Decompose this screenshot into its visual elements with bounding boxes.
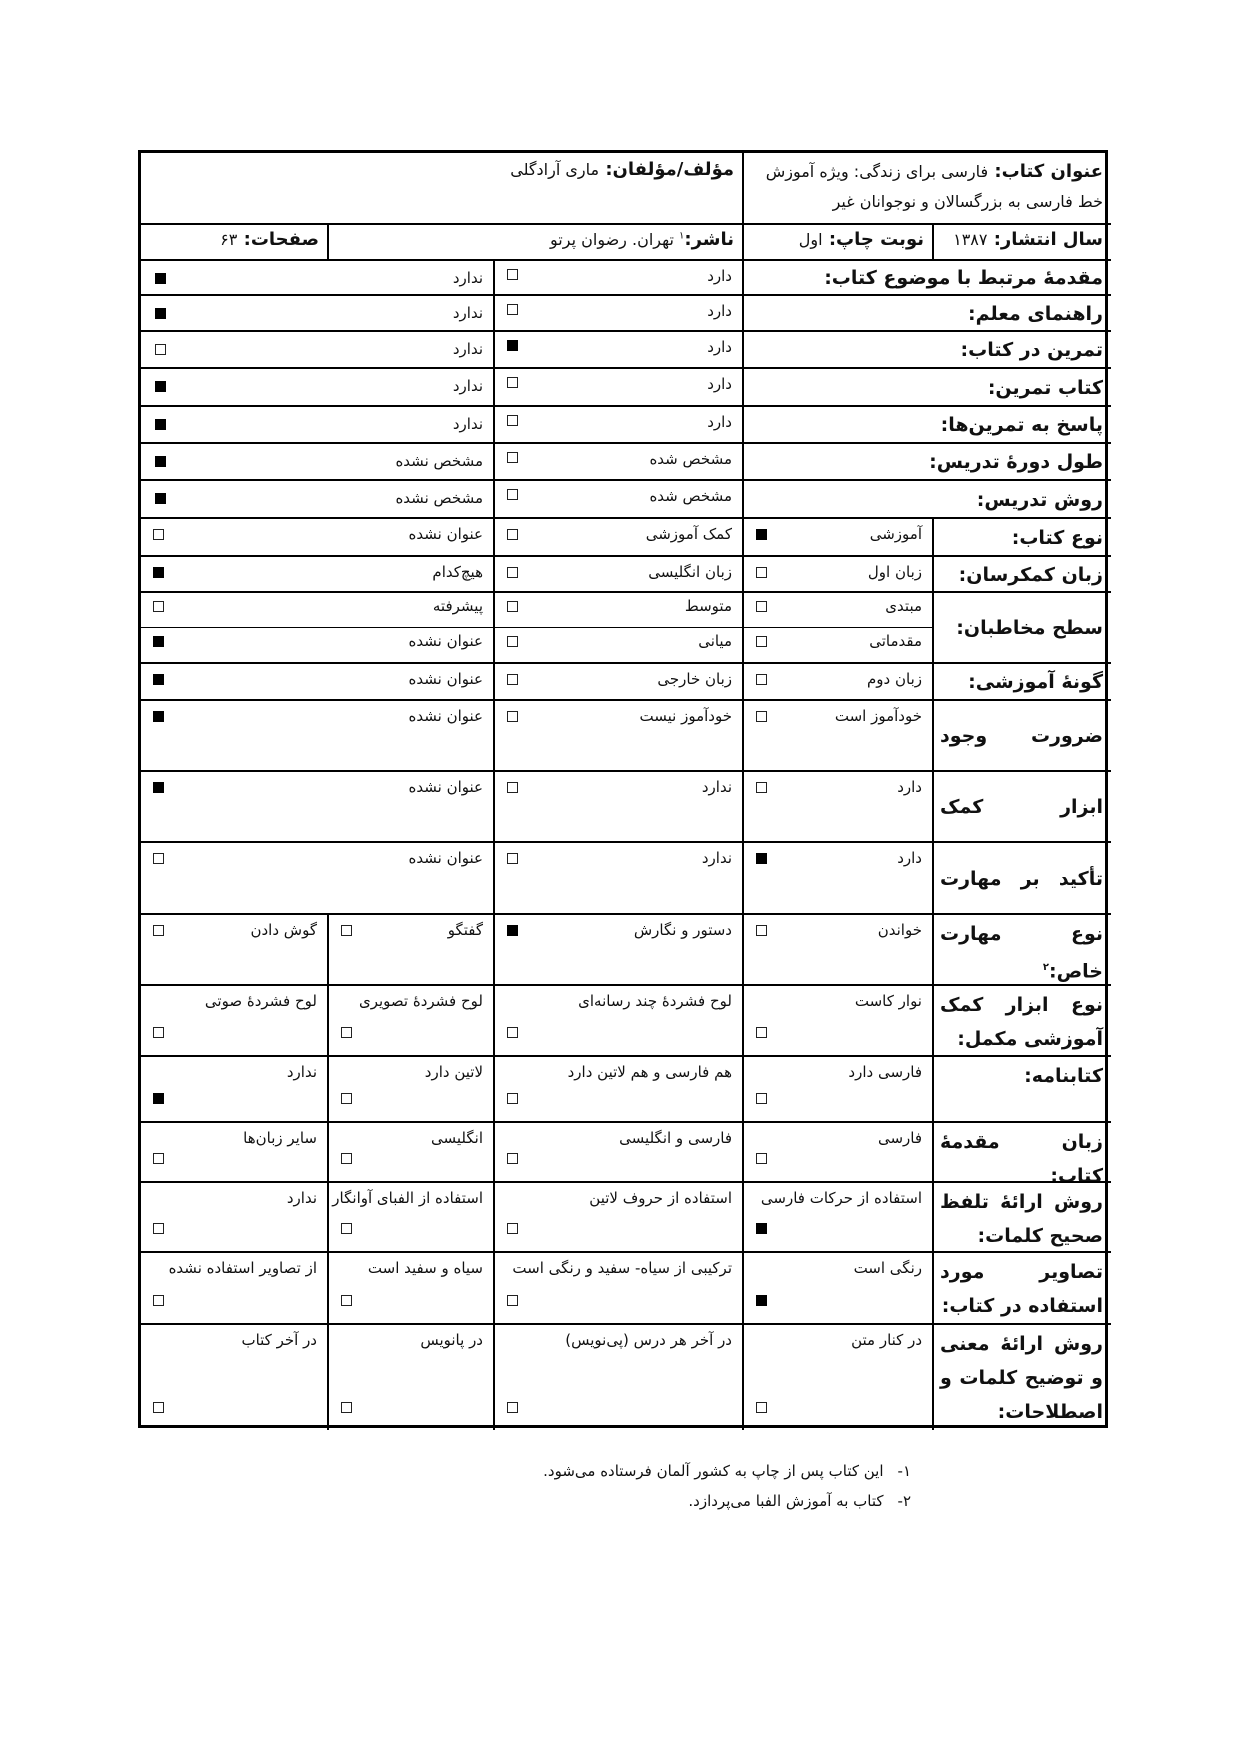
- option-label: میانی: [698, 632, 732, 650]
- footnote-text: کتاب به آموزش الفبا می‌پردازد.: [688, 1492, 883, 1510]
- checkbox-0-a[interactable]: [507, 269, 518, 280]
- checkbox-1-a[interactable]: [507, 304, 518, 315]
- author-cell: مؤلف/مؤلفان: ماری آرادگلی: [141, 153, 742, 223]
- option-cell: ندارد: [141, 405, 493, 442]
- option-cell: نوار کاست: [742, 984, 932, 1055]
- checkbox-3-b[interactable]: [155, 381, 166, 392]
- row-label-cell: نوع مهارت خاص:۲: [932, 913, 1111, 984]
- checkbox-11-1[interactable]: [507, 711, 518, 722]
- publisher-cell: ناشر:۱ تهران. رضوان پرتو: [327, 223, 742, 259]
- pages-label: صفحات:: [237, 229, 319, 250]
- option-cell: در آخر کتاب: [141, 1323, 327, 1430]
- row-label-cell: طول دورهٔ تدریس:: [742, 442, 1111, 479]
- option-cell: از تصاویر استفاده نشده: [141, 1251, 327, 1323]
- option-label: در پانویس: [420, 1331, 483, 1349]
- option-label: خواندن: [878, 921, 922, 939]
- row-label: روش ارائهٔ تلفظ صحیح کلمات:: [934, 1183, 1111, 1251]
- row-label-cell: مقدمهٔ مرتبط با موضوع کتاب:: [742, 259, 1111, 294]
- row-label: طول دورهٔ تدریس:: [744, 444, 1111, 479]
- publication-year: سال انتشار: ۱۳۸۷: [934, 225, 1111, 250]
- row-label: تمرین در کتاب:: [744, 332, 1111, 367]
- option-label: ندارد: [453, 340, 483, 358]
- row-label: روش ارائهٔ معنی و توضیح کلمات و اصطلاحات…: [934, 1325, 1111, 1429]
- option-label: ندارد: [287, 1063, 317, 1081]
- row-label-cell: ضرورت وجود معلم برای تدریس کتاب:: [932, 699, 1111, 770]
- option-cell: زبان خارجی: [493, 662, 742, 699]
- option-label: مشخص نشده: [395, 452, 483, 470]
- option-cell: دارد: [493, 405, 742, 442]
- edition-label: نوبت چاپ:: [823, 229, 924, 250]
- year-label: سال انتشار:: [987, 229, 1103, 250]
- option-label: آموزشی: [870, 525, 922, 543]
- option-cell: دستور و نگارش: [493, 913, 742, 984]
- row-label: پاسخ به تمرین‌ها:: [744, 407, 1111, 442]
- author-label: مؤلف/مؤلفان:: [599, 159, 734, 180]
- option-cell: میانی: [493, 627, 742, 662]
- option-cell: ندارد: [493, 841, 742, 913]
- checkbox-8-0[interactable]: [756, 567, 767, 578]
- book-title-cell: عنوان کتاب: فارسی برای زندگی: ویژه آموزش…: [742, 153, 1111, 223]
- checkbox-12-1[interactable]: [507, 782, 518, 793]
- row-label: راهنمای معلم:: [744, 296, 1111, 330]
- option-label: زبان انگلیسی: [648, 563, 732, 581]
- pages-cell: صفحات: ۶۳: [141, 223, 327, 259]
- checkbox-8-2[interactable]: [153, 567, 164, 578]
- row-label: زبان مقدمهٔ کتاب:: [934, 1123, 1111, 1181]
- option-label: لوح فشردهٔ صوتی: [205, 992, 317, 1010]
- option-label: لوح فشردهٔ چند رسانه‌ای: [578, 992, 732, 1010]
- checkbox-6-b[interactable]: [155, 493, 166, 504]
- checkbox-12-0[interactable]: [756, 782, 767, 793]
- row-label-cell: زبان مقدمهٔ کتاب:: [932, 1121, 1111, 1181]
- publisher-label: ناشر:: [684, 229, 734, 250]
- option-cell: لاتین دارد: [327, 1055, 493, 1121]
- row-label-cell: تمرین در کتاب:: [742, 330, 1111, 367]
- option-label: ندارد: [702, 849, 732, 867]
- option-label: دستور و نگارش: [634, 921, 732, 939]
- checkbox-18-2[interactable]: [341, 1223, 352, 1234]
- row-label-cell: تصاویر مورد استفاده در کتاب:: [932, 1251, 1111, 1323]
- checkbox-6-a[interactable]: [507, 489, 518, 500]
- publisher: ناشر:۱ تهران. رضوان پرتو: [329, 225, 742, 250]
- option-label: عنوان نشده: [409, 632, 483, 650]
- option-label: لاتین دارد: [425, 1063, 483, 1081]
- option-cell: در پانویس: [327, 1323, 493, 1430]
- option-cell: ندارد: [141, 1181, 327, 1251]
- publisher-value: تهران. رضوان پرتو: [550, 230, 679, 249]
- option-label: هم فارسی و هم لاتین دارد: [568, 1063, 732, 1081]
- option-label: کمک آموزشی: [646, 525, 732, 543]
- checkbox-10-1[interactable]: [507, 674, 518, 685]
- checkbox-7-0[interactable]: [756, 529, 767, 540]
- edition-value: اول: [799, 230, 823, 249]
- footnote-number: ۲-: [898, 1492, 911, 1510]
- option-cell: لوح فشردهٔ صوتی: [141, 984, 327, 1055]
- option-cell: ترکیبی از سیاه- سفید و رنگی است: [493, 1251, 742, 1323]
- option-label: ندارد: [453, 377, 483, 395]
- option-cell: آموزشی: [742, 517, 932, 555]
- option-label: مشخص نشده: [395, 489, 483, 507]
- option-cell: عنوان نشده: [141, 662, 493, 699]
- option-cell: ندارد: [141, 259, 493, 294]
- option-label: ندارد: [453, 269, 483, 287]
- option-cell: فارسی و انگلیسی: [493, 1121, 742, 1181]
- option-cell: مقدماتی: [742, 627, 932, 662]
- checkbox-14-3[interactable]: [153, 925, 164, 936]
- option-label: ترکیبی از سیاه- سفید و رنگی است: [512, 1259, 732, 1277]
- option-cell: متوسط: [493, 591, 742, 627]
- row-label: گونهٔ آموزشی:: [934, 664, 1111, 699]
- option-cell: ندارد: [141, 294, 493, 330]
- option-label: دارد: [707, 413, 732, 431]
- checkbox-2-a[interactable]: [507, 340, 518, 351]
- row-label: ضرورت وجود معلم برای تدریس کتاب:: [934, 701, 1111, 770]
- row-label: کتابنامه:: [934, 1057, 1111, 1093]
- option-cell: خودآموز است: [742, 699, 932, 770]
- checkbox-7-1[interactable]: [507, 529, 518, 540]
- row-label-cell: کتاب تمرین:: [742, 367, 1111, 405]
- row-label: مقدمهٔ مرتبط با موضوع کتاب:: [744, 261, 1111, 294]
- option-cell: دارد: [493, 259, 742, 294]
- checkbox-8-1[interactable]: [507, 567, 518, 578]
- option-cell: هیچ‌کدام: [141, 555, 493, 591]
- option-label: دارد: [707, 267, 732, 285]
- option-cell: خواندن: [742, 913, 932, 984]
- option-label: دارد: [707, 338, 732, 356]
- edition-cell: نوبت چاپ: اول: [742, 223, 932, 259]
- row-label: ابزار کمک آموزشی مکمل:: [934, 772, 1111, 841]
- checkbox-18-0[interactable]: [756, 1223, 767, 1234]
- checkbox-13-2[interactable]: [153, 853, 164, 864]
- option-label: از تصاویر استفاده نشده: [169, 1259, 317, 1277]
- option-cell: دارد: [493, 367, 742, 405]
- checkbox-16-2[interactable]: [341, 1093, 352, 1104]
- checkbox-9-1[interactable]: [507, 601, 518, 612]
- checkbox-9-2[interactable]: [153, 601, 164, 612]
- option-label: ندارد: [287, 1189, 317, 1207]
- book-title: عنوان کتاب: فارسی برای زندگی: ویژه آموزش…: [744, 153, 1111, 223]
- checkbox-20-3[interactable]: [153, 1402, 164, 1413]
- option-cell: سایر زبان‌ها: [141, 1121, 327, 1181]
- row-label: روش تدریس:: [744, 481, 1111, 517]
- option-label: عنوان نشده: [409, 778, 483, 796]
- option-cell: پیشرفته: [141, 591, 493, 627]
- author-value: ماری آرادگلی: [510, 160, 599, 179]
- checkbox-13-0[interactable]: [756, 853, 767, 864]
- checkbox-4-b[interactable]: [155, 419, 166, 430]
- option-label: در آخر هر درس (پی‌نویس): [565, 1331, 732, 1349]
- checkbox-4-a[interactable]: [507, 415, 518, 426]
- checkbox-14-1[interactable]: [507, 925, 518, 936]
- row-label-cell: روش تدریس:: [742, 479, 1111, 517]
- author: مؤلف/مؤلفان: ماری آرادگلی: [141, 153, 742, 180]
- checkbox-19-1[interactable]: [507, 1295, 518, 1306]
- option-label: گوش دادن: [250, 921, 317, 939]
- option-label: دارد: [897, 849, 922, 867]
- checkbox-16-1[interactable]: [507, 1093, 518, 1104]
- option-label: مشخص شده: [649, 450, 732, 468]
- option-cell: مشخص نشده: [141, 479, 493, 517]
- option-label: در کنار متن: [851, 1331, 922, 1349]
- row-label-cell: تأکید بر مهارت خاص:: [932, 841, 1111, 913]
- checkbox-5-b[interactable]: [155, 456, 166, 467]
- row-label: زبان کمکرسان:: [934, 557, 1111, 591]
- checkbox-19-0[interactable]: [756, 1295, 767, 1306]
- checkbox-11-2[interactable]: [153, 711, 164, 722]
- row-label-cell: زبان کمکرسان:: [932, 555, 1111, 591]
- row-label: کتاب تمرین:: [744, 369, 1111, 405]
- option-label: لوح فشردهٔ تصویری: [359, 992, 483, 1010]
- option-label: ندارد: [453, 304, 483, 322]
- option-label: مشخص شده: [649, 487, 732, 505]
- checkbox-10-0[interactable]: [756, 674, 767, 685]
- checkbox-20-2[interactable]: [341, 1402, 352, 1413]
- row-label-cell: روش ارائهٔ تلفظ صحیح کلمات:: [932, 1181, 1111, 1251]
- option-label: رنگی است: [854, 1259, 922, 1277]
- option-label: متوسط: [685, 597, 732, 615]
- option-label: استفاده از الفبای آوانگار: [332, 1189, 483, 1207]
- checkbox-20-1[interactable]: [507, 1402, 518, 1413]
- option-label: فارسی و انگلیسی: [619, 1129, 732, 1147]
- checkbox-16-0[interactable]: [756, 1093, 767, 1104]
- checkbox-12-2[interactable]: [153, 782, 164, 793]
- option-label: ندارد: [453, 415, 483, 433]
- option-cell: در آخر هر درس (پی‌نویس): [493, 1323, 742, 1430]
- option-label: پیشرفته: [433, 597, 483, 615]
- option-cell: دارد: [742, 770, 932, 841]
- checkbox-16-3[interactable]: [153, 1093, 164, 1104]
- option-cell: ندارد: [141, 367, 493, 405]
- option-label: دارد: [707, 302, 732, 320]
- year-value: ۱۳۸۷: [953, 230, 987, 249]
- option-cell: زبان انگلیسی: [493, 555, 742, 591]
- option-label: استفاده از حروف لاتین: [589, 1189, 732, 1207]
- footnote: ۱-این کتاب پس از چاپ به کشور آلمان فرستا…: [543, 1462, 911, 1480]
- row-label-cell: ابزار کمک آموزشی مکمل:: [932, 770, 1111, 841]
- book-title-label: عنوان کتاب:: [988, 161, 1103, 182]
- option-cell: خودآموز نیست: [493, 699, 742, 770]
- option-label: دارد: [897, 778, 922, 796]
- footnote: ۲-کتاب به آموزش الفبا می‌پردازد.: [688, 1492, 911, 1510]
- option-label: زبان دوم: [867, 670, 922, 688]
- option-label: زبان اول: [868, 563, 922, 581]
- row-label: نوع ابزار کمک آموزشی مکمل:: [934, 986, 1111, 1055]
- option-label: عنوان نشده: [409, 525, 483, 543]
- option-cell: استفاده از الفبای آوانگار: [327, 1181, 493, 1251]
- checkbox-19-2[interactable]: [341, 1295, 352, 1306]
- checkbox-10-2[interactable]: [153, 674, 164, 685]
- row-label-cell: سطح مخاطبان:: [932, 591, 1111, 662]
- option-label: عنوان نشده: [409, 849, 483, 867]
- option-cell: فارسی: [742, 1121, 932, 1181]
- option-cell: عنوان نشده: [141, 841, 493, 913]
- option-cell: لوح فشردهٔ تصویری: [327, 984, 493, 1055]
- option-cell: عنوان نشده: [141, 517, 493, 555]
- option-cell: استفاده از حرکات فارسی: [742, 1181, 932, 1251]
- option-label: عنوان نشده: [409, 670, 483, 688]
- option-label: نوار کاست: [855, 992, 922, 1010]
- option-label: مبتدی: [885, 597, 922, 615]
- option-cell: ندارد: [493, 770, 742, 841]
- option-cell: مشخص شده: [493, 442, 742, 479]
- page-count: صفحات: ۶۳: [141, 225, 327, 250]
- row-label: تأکید بر مهارت خاص:: [934, 843, 1111, 913]
- checkbox-17-0[interactable]: [756, 1153, 767, 1164]
- row-label: تصاویر مورد استفاده در کتاب:: [934, 1253, 1111, 1323]
- row-label-cell: نوع ابزار کمک آموزشی مکمل:: [932, 984, 1111, 1055]
- option-cell: عنوان نشده: [141, 770, 493, 841]
- checkbox-15-1[interactable]: [507, 1027, 518, 1038]
- footnote-text: این کتاب پس از چاپ به کشور آلمان فرستاده…: [543, 1462, 883, 1480]
- checkbox-13-1[interactable]: [507, 853, 518, 864]
- checkbox-17-2[interactable]: [341, 1153, 352, 1164]
- option-cell: دارد: [493, 294, 742, 330]
- option-cell: کمک آموزشی: [493, 517, 742, 555]
- row-label-cell: روش ارائهٔ معنی و توضیح کلمات و اصطلاحات…: [932, 1323, 1111, 1430]
- book-evaluation-table: عنوان کتاب: فارسی برای زندگی: ویژه آموزش…: [138, 150, 1108, 1428]
- row-label-cell: نوع کتاب:: [932, 517, 1111, 555]
- checkbox-18-3[interactable]: [153, 1223, 164, 1234]
- option-label: فارسی دارد: [848, 1063, 922, 1081]
- option-label: ندارد: [702, 778, 732, 796]
- checkbox-17-1[interactable]: [507, 1153, 518, 1164]
- checkbox-19-3[interactable]: [153, 1295, 164, 1306]
- option-cell: دارد: [742, 841, 932, 913]
- option-cell: در کنار متن: [742, 1323, 932, 1430]
- option-cell: گوش دادن: [141, 913, 327, 984]
- checkbox-9-4[interactable]: [507, 636, 518, 647]
- option-label: هیچ‌کدام: [432, 563, 483, 581]
- option-cell: ندارد: [141, 330, 493, 367]
- option-cell: رنگی است: [742, 1251, 932, 1323]
- checkbox-15-2[interactable]: [341, 1027, 352, 1038]
- option-label: در آخر کتاب: [241, 1331, 317, 1349]
- option-label: مقدماتی: [869, 632, 922, 650]
- option-cell: زبان اول: [742, 555, 932, 591]
- option-cell: عنوان نشده: [141, 699, 493, 770]
- checkbox-15-0[interactable]: [756, 1027, 767, 1038]
- option-label: انگلیسی: [431, 1129, 483, 1147]
- pages-value: ۶۳: [220, 230, 237, 249]
- row-label-cell: کتابنامه:: [932, 1055, 1111, 1121]
- edition: نوبت چاپ: اول: [744, 225, 932, 250]
- checkbox-2-b[interactable]: [155, 344, 166, 355]
- checkbox-7-2[interactable]: [153, 529, 164, 540]
- option-cell: لوح فشردهٔ چند رسانه‌ای: [493, 984, 742, 1055]
- checkbox-9-0[interactable]: [756, 601, 767, 612]
- option-label: سایر زبان‌ها: [243, 1129, 317, 1147]
- checkbox-9-3[interactable]: [756, 636, 767, 647]
- option-cell: ندارد: [141, 1055, 327, 1121]
- option-cell: فارسی دارد: [742, 1055, 932, 1121]
- row-label-cell: گونهٔ آموزشی:: [932, 662, 1111, 699]
- checkbox-0-b[interactable]: [155, 273, 166, 284]
- option-label: خودآموز نیست: [640, 707, 732, 725]
- row-label: نوع کتاب:: [934, 519, 1111, 555]
- checkbox-17-3[interactable]: [153, 1153, 164, 1164]
- year-cell: سال انتشار: ۱۳۸۷: [932, 223, 1111, 259]
- option-cell: زبان دوم: [742, 662, 932, 699]
- checkbox-5-a[interactable]: [507, 452, 518, 463]
- footnote-number: ۱-: [898, 1462, 911, 1480]
- checkbox-1-b[interactable]: [155, 308, 166, 319]
- row-label-cell: پاسخ به تمرین‌ها:: [742, 405, 1111, 442]
- footnote-ref: ۲: [1043, 962, 1049, 973]
- option-label: گفتگو: [448, 921, 483, 939]
- checkbox-14-2[interactable]: [341, 925, 352, 936]
- option-label: دارد: [707, 375, 732, 393]
- option-cell: دارد: [493, 330, 742, 367]
- checkbox-11-0[interactable]: [756, 711, 767, 722]
- option-cell: استفاده از حروف لاتین: [493, 1181, 742, 1251]
- row-label-cell: راهنمای معلم:: [742, 294, 1111, 330]
- checkbox-3-a[interactable]: [507, 377, 518, 388]
- option-cell: هم فارسی و هم لاتین دارد: [493, 1055, 742, 1121]
- option-cell: مشخص نشده: [141, 442, 493, 479]
- option-cell: عنوان نشده: [141, 627, 493, 662]
- checkbox-9-5[interactable]: [153, 636, 164, 647]
- option-cell: سیاه و سفید است: [327, 1251, 493, 1323]
- row-label: سطح مخاطبان:: [934, 593, 1111, 662]
- option-label: خودآموز است: [835, 707, 922, 725]
- checkbox-18-1[interactable]: [507, 1223, 518, 1234]
- option-cell: گفتگو: [327, 913, 493, 984]
- option-label: سیاه و سفید است: [368, 1259, 483, 1277]
- option-label: زبان خارجی: [657, 670, 732, 688]
- row-label: نوع مهارت خاص:۲: [934, 915, 1111, 984]
- option-label: فارسی: [878, 1129, 922, 1147]
- checkbox-20-0[interactable]: [756, 1402, 767, 1413]
- checkbox-15-3[interactable]: [153, 1027, 164, 1038]
- option-cell: مبتدی: [742, 591, 932, 627]
- option-label: استفاده از حرکات فارسی: [761, 1189, 922, 1207]
- option-label: عنوان نشده: [409, 707, 483, 725]
- option-cell: انگلیسی: [327, 1121, 493, 1181]
- checkbox-14-0[interactable]: [756, 925, 767, 936]
- option-cell: مشخص شده: [493, 479, 742, 517]
